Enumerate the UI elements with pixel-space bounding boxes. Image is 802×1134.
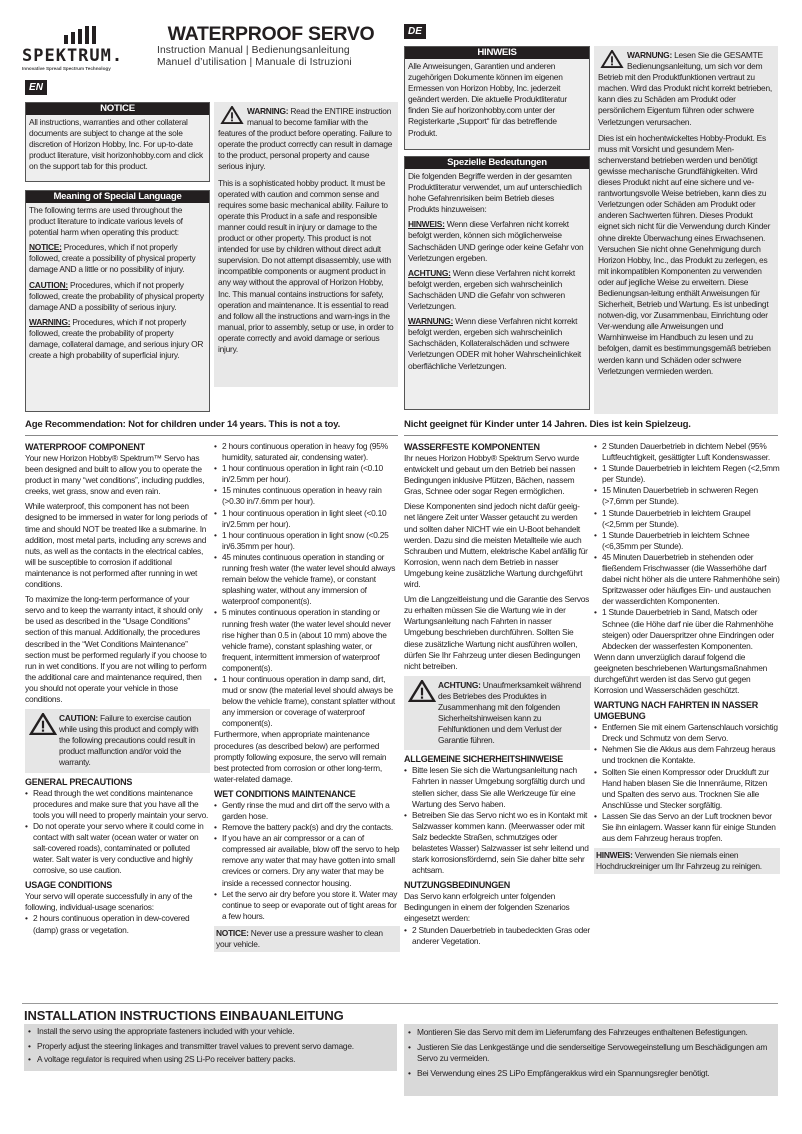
divider	[25, 435, 398, 436]
notice-heading: NOTICE	[26, 103, 209, 115]
wartung-list: Entfernen Sie mit einem Gartenschlauch v…	[594, 722, 780, 844]
en-column-2: 2 hours continuous operation in heavy fo…	[214, 441, 400, 952]
wasserfeste-p1: Ihr neues Horizon Hobby® Spektrum Servo …	[404, 453, 590, 497]
list-item: 2 Stunden Dauerbetrieb in taubedeckten G…	[404, 925, 590, 947]
spektrum-logo: SPEKTRUM. Innovative Spread Spectrum Tec…	[22, 24, 142, 71]
list-item: 1 hour continuous operation in light rai…	[214, 463, 400, 485]
usage-conditions-list: 2 hours continuous operation in dew-cove…	[25, 913, 210, 935]
notice-text: All instructions, warranties and other c…	[29, 117, 206, 172]
language-badge-en: EN	[25, 80, 47, 95]
caution-box-de: ACHTUNG: Unaufmerksamkeit während des Be…	[404, 676, 590, 751]
list-item: 1 hour continuous operation in damp sand…	[214, 674, 400, 729]
de-column-1: WASSERFESTE KOMPONENTEN Ihr neues Horizo…	[404, 441, 590, 947]
warnung-body: Dies ist ein hochentwickeltes Hobby-Prod…	[598, 133, 774, 377]
nutzungsbedingungen-outro: Wenn dann unverzüglich darauf folgend di…	[594, 652, 780, 696]
installation-box-en: Install the servo using the appropriate …	[24, 1024, 397, 1071]
list-item: Let the servo air dry before you store i…	[214, 889, 400, 922]
de-column-2: 2 Stunden Dauerbetrieb in dichtem Nebel …	[594, 441, 780, 874]
age-recommendation-en: Age Recommendation: Not for children und…	[25, 419, 340, 431]
brand-name: SPEKTRUM.	[22, 46, 142, 66]
list-item: Remove the battery pack(s) and dry the c…	[214, 822, 400, 833]
list-item: 45 minutes continuous operation in stand…	[214, 552, 400, 607]
special-language-intro: The following terms are used throughout …	[29, 205, 206, 238]
term-warning: WARNING: Procedures, which if not proper…	[29, 317, 206, 361]
wet-maintenance-list: Gently rinse the mud and dirt off the se…	[214, 800, 400, 922]
list-item: Entfernen Sie mit einem Gartenschlauch v…	[594, 722, 780, 744]
logo-bars-icon	[64, 24, 142, 44]
warning-box-en: WARNING: Read the ENTIRE instruction man…	[214, 102, 398, 387]
waterproof-p3: To maximize the long-term performance of…	[25, 594, 210, 705]
subtitle-line-1: Instruction Manual | Bedienungsanleitung	[157, 45, 385, 57]
brand-tagline: Innovative Spread Spectrum Technology	[22, 66, 142, 71]
age-recommendation-de: Nicht geeignet für Kinder unter 14 Jahre…	[404, 419, 691, 431]
special-language-box-de: Spezielle Bedeutungen Die folgenden Begr…	[404, 156, 590, 410]
list-item: 1 Stunde Dauerbetrieb in Sand, Matsch od…	[594, 607, 780, 651]
waterproof-heading: WATERPROOF COMPONENT	[25, 442, 210, 453]
list-item: Sollten Sie einen Kompressor oder Druckl…	[594, 767, 780, 811]
divider	[404, 435, 778, 436]
list-item: 1 hour continuous operation in light sno…	[214, 530, 400, 552]
term-caution: CAUTION: Procedures, which if not proper…	[29, 280, 206, 313]
spezielle-bedeutungen-heading: Spezielle Bedeutungen	[405, 157, 589, 169]
general-precautions-heading: GENERAL PRECAUTIONS	[25, 777, 210, 788]
list-item: 1 Stunde Dauerbetrieb in leichtem Schnee…	[594, 530, 780, 552]
usage-conditions-intro: Your servo will operate successfully in …	[25, 891, 210, 913]
wet-maintenance-heading: WET CONDITIONS MAINTENANCE	[214, 789, 400, 800]
warning-triangle-icon	[600, 50, 624, 68]
term-notice: NOTICE: Procedures, which if not properl…	[29, 242, 206, 275]
list-item: Do not operate your servo where it could…	[25, 821, 210, 876]
list-item: 15 Minuten Dauerbetrieb in schweren Rege…	[594, 485, 780, 507]
document-subtitle: Instruction Manual | Bedienungsanleitung…	[157, 45, 385, 69]
warning-box-de: WARNUNG: Lesen Sie die GESAMTE Bedienung…	[594, 46, 778, 414]
list-item: Betreiben Sie das Servo nicht wo es in K…	[404, 810, 590, 877]
list-item: If you have an air compressor or a can o…	[214, 833, 400, 888]
warnung-intro: WARNUNG: Lesen Sie die GESAMTE Bedienung…	[598, 50, 774, 128]
usage-conditions-heading: USAGE CONDITIONS	[25, 880, 210, 891]
list-item: 5 minutes continuous operation in standi…	[214, 607, 400, 674]
list-item: 15 minutes continuous operation in heavy…	[214, 485, 400, 507]
special-language-heading: Meaning of Special Language	[26, 191, 209, 203]
wasserfeste-p3: Um die Langzeitleistung und die Garantie…	[404, 594, 590, 672]
waterproof-p2: While waterproof, this component has not…	[25, 501, 210, 590]
subtitle-line-2: Manuel d’utilisation | Manuale di Istruz…	[157, 57, 385, 69]
list-item: Montieren Sie das Servo mit dem im Liefe…	[408, 1027, 774, 1038]
list-item: Install the servo using the appropriate …	[28, 1026, 393, 1037]
list-item: 2 hours continuous operation in heavy fo…	[214, 441, 400, 463]
waterproof-p1: Your new Horizon Hobby® Spektrum™ Servo …	[25, 453, 210, 497]
wasserfeste-p2: Diese Komponenten sind jedoch nicht dafü…	[404, 501, 590, 590]
usage-conditions-outro: Furthermore, when appropriate maintenanc…	[214, 729, 400, 784]
warning-triangle-icon	[220, 106, 244, 124]
nutzungsbedingungen-list: 2 Stunden Dauerbetrieb in taubedeckten G…	[404, 925, 590, 947]
list-item: Lassen Sie das Servo an der Luft trockne…	[594, 811, 780, 844]
allgemeine-sicherheitshinweise-heading: ALLGEMEINE SICHERHEITSHINWEISE	[404, 754, 590, 765]
nutzungsbedingungen-intro: Das Servo kann erfolgreich unter folgend…	[404, 891, 590, 924]
usage-conditions-list-cont: 2 hours continuous operation in heavy fo…	[214, 441, 400, 729]
term-warnung: WARNUNG: Wenn diese Verfahren nicht korr…	[408, 316, 586, 371]
list-item: 2 Stunden Dauerbetrieb in dichtem Nebel …	[594, 441, 780, 463]
hinweis-callout-de: HINWEIS: Verwenden Sie niemals einen Hoc…	[594, 848, 780, 874]
list-item: 2 hours continuous operation in dew-cove…	[25, 913, 210, 935]
special-language-intro-de: Die folgenden Begriffe werden in der ges…	[408, 171, 586, 215]
term-hinweis: HINWEIS: Wenn diese Verfahren nicht korr…	[408, 219, 586, 263]
warning-triangle-icon	[29, 713, 57, 735]
list-item: Nehmen Sie die Akkus aus dem Fahrzeug he…	[594, 744, 780, 766]
en-column-1: WATERPROOF COMPONENT Your new Horizon Ho…	[25, 441, 210, 936]
installation-list-en: Install the servo using the appropriate …	[28, 1026, 393, 1065]
warning-intro: WARNING: Read the ENTIRE instruction man…	[218, 106, 394, 173]
list-item: Gently rinse the mud and dirt off the se…	[214, 800, 400, 822]
list-item: 45 Minuten Dauerbetrieb in stehenden ode…	[594, 552, 780, 607]
wartung-heading: WARTUNG NACH FAHRTEN IN NASSER UMGEBUNG	[594, 700, 780, 722]
list-item: 1 hour continuous operation in light sle…	[214, 508, 400, 530]
nutzungsbedingungen-heading: NUTZUNGSBEDINUNGEN	[404, 880, 590, 891]
nutzungsbedingungen-list-cont: 2 Stunden Dauerbetrieb in dichtem Nebel …	[594, 441, 780, 652]
list-item: Bei Verwendung eines 2S LiPo Empfängerak…	[408, 1068, 774, 1079]
general-precautions-list: Read through the wet conditions maintena…	[25, 788, 210, 877]
term-achtung: ACHTUNG: Wenn diese Verfahren nicht korr…	[408, 268, 586, 312]
list-item: 1 Stunde Dauerbetrieb in leichtem Graupe…	[594, 508, 780, 530]
document-title: WATERPROOF SERVO	[157, 24, 385, 44]
list-item: 1 Stunde Dauerbetrieb in leichtem Regen …	[594, 463, 780, 485]
hinweis-heading: HINWEIS	[405, 47, 589, 59]
installation-heading: INSTALLATION INSTRUCTIONS EINBAUANLEITUN…	[24, 1008, 344, 1023]
list-item: Read through the wet conditions maintena…	[25, 788, 210, 821]
divider	[22, 1003, 778, 1004]
allgemeine-sicherheitshinweise-list: Bitte lesen Sie sich die Wartungsanleitu…	[404, 765, 590, 876]
wasserfeste-heading: WASSERFESTE KOMPONENTEN	[404, 442, 590, 453]
warning-body: This is a sophisticated hobby product. I…	[218, 178, 394, 356]
list-item: A voltage regulator is required when usi…	[28, 1054, 393, 1065]
caution-box-en: CAUTION: Failure to exercise caution whi…	[25, 709, 210, 772]
installation-list-de: Montieren Sie das Servo mit dem im Liefe…	[408, 1027, 774, 1079]
list-item: Bitte lesen Sie sich die Wartungsanleitu…	[404, 765, 590, 809]
language-badge-de: DE	[404, 24, 426, 39]
notice-callout-en: NOTICE: Never use a pressure washer to c…	[214, 926, 400, 952]
list-item: Justieren Sie das Lenkgestänge und die s…	[408, 1042, 774, 1064]
warning-triangle-icon	[408, 680, 436, 702]
notice-box-de: HINWEIS Alle Anweisungen, Garantien und …	[404, 46, 590, 150]
special-language-box-en: Meaning of Special Language The followin…	[25, 190, 210, 412]
list-item: Properly adjust the steering linkages an…	[28, 1041, 393, 1052]
notice-box-en: NOTICE All instructions, warranties and …	[25, 102, 210, 182]
hinweis-text: Alle Anweisungen, Garantien und anderen …	[408, 61, 586, 139]
installation-box-de: Montieren Sie das Servo mit dem im Liefe…	[404, 1024, 778, 1096]
